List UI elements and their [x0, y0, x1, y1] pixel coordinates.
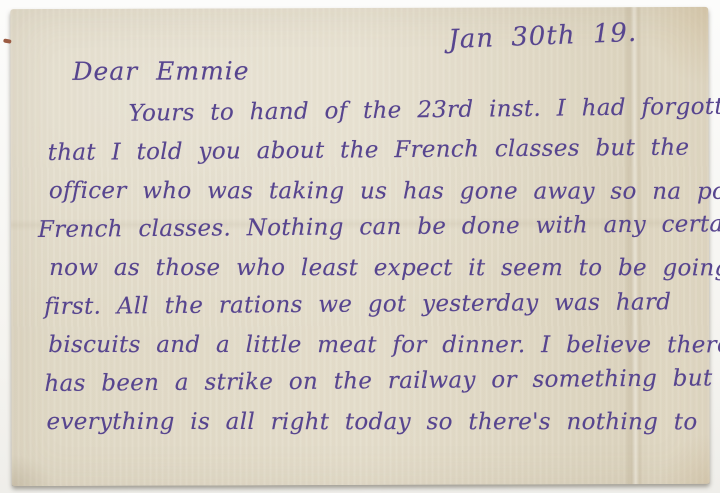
letter-line: has been a strike on the railway or some…	[44, 359, 699, 403]
letter-photo: Jan 30th 19. Dear Emmie Yours to hand of…	[0, 0, 720, 493]
letter-line: French classes. Nothing can be done with…	[38, 205, 699, 249]
letter-line: biscuits and a little meat for dinner. I…	[48, 326, 699, 365]
letter-line: that I told you about the French classes…	[48, 128, 699, 172]
letter-line: Yours to hand of the 23rd inst. I had fo…	[128, 88, 698, 133]
letter-greeting: Dear Emmie	[72, 56, 249, 86]
paper-edge-mark	[3, 38, 12, 43]
letter-line: first. All the rations we got yesterday …	[44, 283, 699, 326]
letter-line: now as those who least expect it seem to…	[49, 249, 699, 288]
letter-body: Yours to hand of the 23rd inst. I had fo…	[41, 93, 700, 442]
letter-line: everything is all right today so there's…	[47, 403, 700, 442]
letter-paper: Jan 30th 19. Dear Emmie Yours to hand of…	[10, 7, 709, 486]
